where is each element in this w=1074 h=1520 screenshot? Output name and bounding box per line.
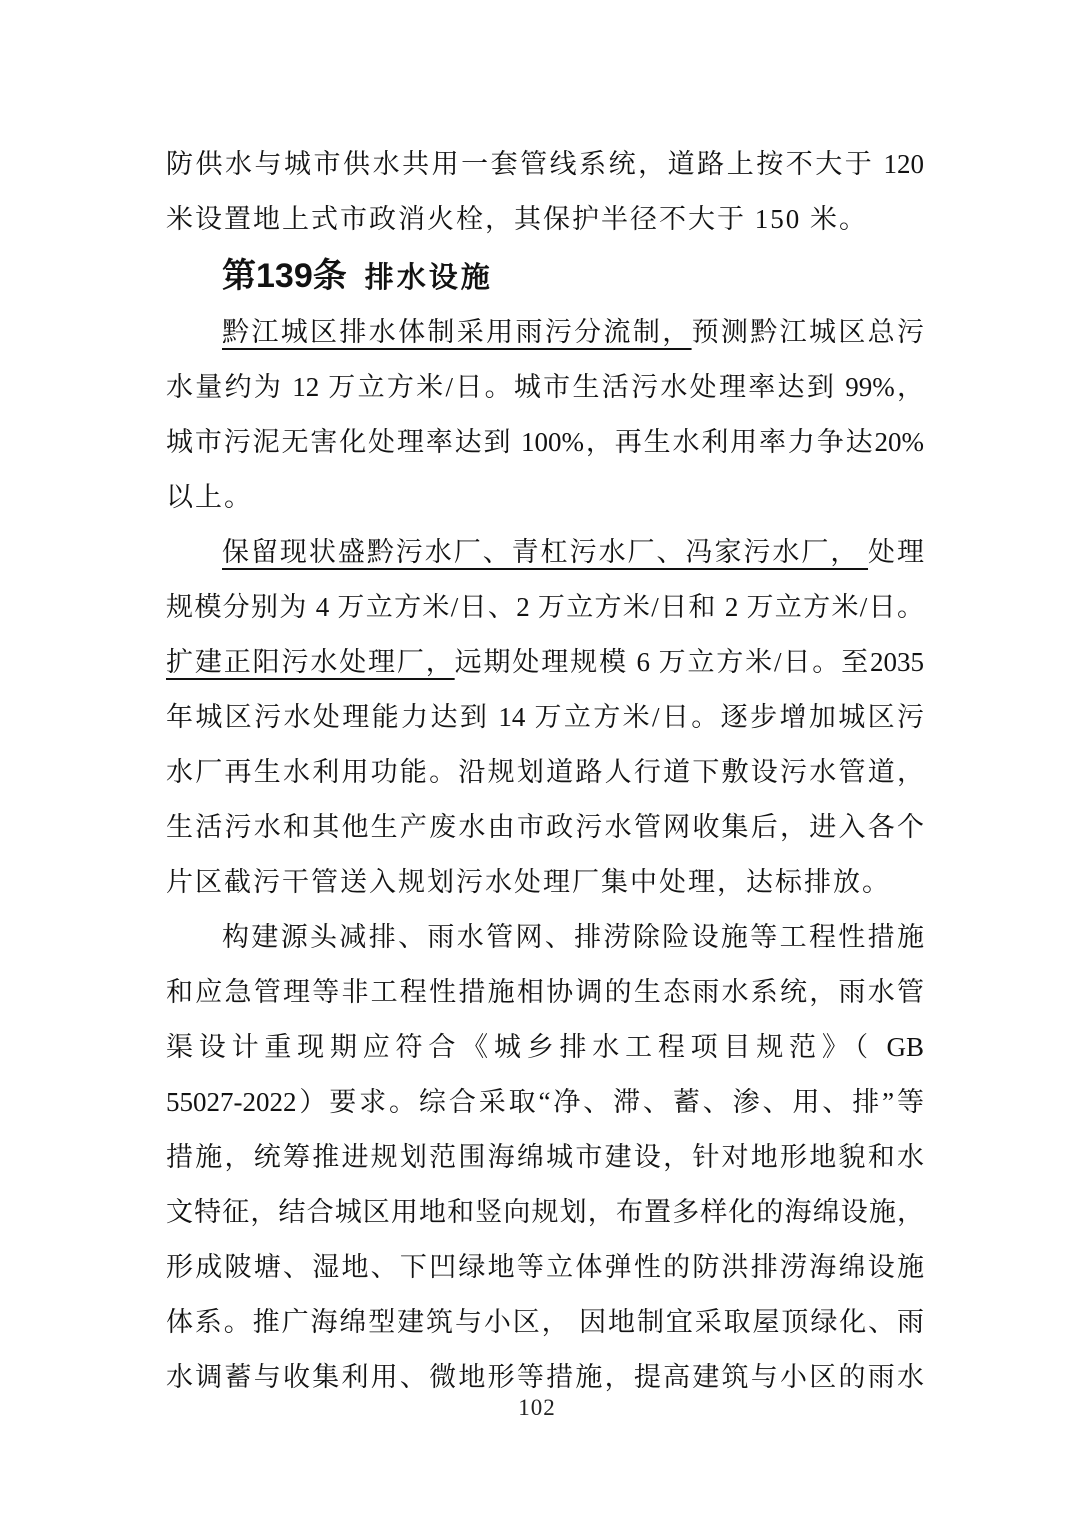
text-line: 以上。 — [166, 470, 924, 525]
text-run: 城市污泥无害化处理率达到 100%，再生水利用率力争达20% — [166, 427, 924, 457]
underlined-text: 黔江城区排水体制采用雨污分流制， — [222, 317, 692, 347]
article-heading: 第139条排水设施 — [166, 247, 924, 305]
text-run: 体系。推广海绵型建筑与小区， 因地制宜采取屋顶绿化、雨 — [166, 1307, 924, 1337]
text-run: 规模分别为 4 万立方米/日、2 万立方米/日和 2 万立方米/日。 — [166, 592, 924, 622]
document-page: 防供水与城市供水共用一套管线系统，道路上按不大于 120米设置地上式市政消火栓，… — [0, 0, 1074, 1520]
text-line: 防供水与城市供水共用一套管线系统，道路上按不大于 120 — [166, 137, 924, 192]
text-line: 黔江城区排水体制采用雨污分流制，预测黔江城区总污 — [166, 305, 924, 360]
text-line: 生活污水和其他生产废水由市政污水管网收集后，进入各个 — [166, 800, 924, 855]
text-run: 片区截污干管送入规划污水处理厂集中处理，达标排放。 — [166, 867, 891, 897]
text-run: 生活污水和其他生产废水由市政污水管网收集后，进入各个 — [166, 812, 924, 842]
text-run: 预测黔江城区总污 — [692, 317, 924, 347]
text-run: 形成陂塘、湿地、下凹绿地等立体弹性的防洪排涝海绵设施 — [166, 1252, 924, 1282]
text-line: 措施，统筹推进规划范围海绵城市建设，针对地形地貌和水 — [166, 1130, 924, 1185]
text-line: 米设置地上式市政消火栓，其保护半径不大于 150 米。 — [166, 192, 924, 247]
article-number: 第139条 — [222, 257, 347, 295]
article-title: 排水设施 — [365, 262, 493, 294]
page-number: 102 — [0, 1395, 1074, 1421]
text-run: 渠设计重现期应符合《城乡排水工程项目规范》（ GB — [166, 1032, 924, 1062]
text-run: 处理 — [868, 537, 924, 567]
text-line: 55027-2022）要求。综合采取“净、滞、蓄、渗、用、排”等 — [166, 1075, 924, 1130]
text-run: 55027-2022）要求。综合采取“净、滞、蓄、渗、用、排”等 — [166, 1087, 924, 1117]
text-run: 防供水与城市供水共用一套管线系统，道路上按不大于 120 — [166, 149, 924, 179]
text-line: 城市污泥无害化处理率达到 100%，再生水利用率力争达20% — [166, 415, 924, 470]
text-run: 文特征，结合城区用地和竖向规划，布置多样化的海绵设施， — [166, 1197, 924, 1227]
text-line: 规模分别为 4 万立方米/日、2 万立方米/日和 2 万立方米/日。 — [166, 580, 924, 635]
text-line: 水厂再生水利用功能。沿规划道路人行道下敷设污水管道， — [166, 745, 924, 800]
text-run: 构建源头减排、雨水管网、排涝除险设施等工程性措施 — [222, 922, 924, 952]
text-line: 渠设计重现期应符合《城乡排水工程项目规范》（ GB — [166, 1020, 924, 1075]
text-run: 远期处理规模 6 万立方米/日。至2035 — [455, 647, 924, 677]
text-line: 体系。推广海绵型建筑与小区， 因地制宜采取屋顶绿化、雨 — [166, 1295, 924, 1350]
text-line: 形成陂塘、湿地、下凹绿地等立体弹性的防洪排涝海绵设施 — [166, 1240, 924, 1295]
text-line: 扩建正阳污水处理厂，远期处理规模 6 万立方米/日。至2035 — [166, 635, 924, 690]
text-run: 米设置地上式市政消火栓，其保护半径不大于 150 米。 — [166, 204, 868, 234]
text-line: 构建源头减排、雨水管网、排涝除险设施等工程性措施 — [166, 910, 924, 965]
document-body: 防供水与城市供水共用一套管线系统，道路上按不大于 120米设置地上式市政消火栓，… — [166, 137, 924, 1405]
text-run: 水调蓄与收集利用、微地形等措施，提高建筑与小区的雨水 — [166, 1362, 924, 1392]
underlined-text: 保留现状盛黔污水厂、青杠污水厂、冯家污水厂， — [222, 537, 868, 567]
text-line: 和应急管理等非工程性措施相协调的生态雨水系统，雨水管 — [166, 965, 924, 1020]
text-line: 片区截污干管送入规划污水处理厂集中处理，达标排放。 — [166, 855, 924, 910]
text-run: 措施，统筹推进规划范围海绵城市建设，针对地形地貌和水 — [166, 1142, 924, 1172]
underlined-text: 扩建正阳污水处理厂， — [166, 647, 455, 677]
text-run: 水量约为 12 万立方米/日。城市生活污水处理率达到 99%， — [166, 372, 924, 402]
text-line: 保留现状盛黔污水厂、青杠污水厂、冯家污水厂， 处理 — [166, 525, 924, 580]
text-run: 以上。 — [166, 482, 253, 512]
text-line: 水量约为 12 万立方米/日。城市生活污水处理率达到 99%， — [166, 360, 924, 415]
text-line: 年城区污水处理能力达到 14 万立方米/日。逐步增加城区污 — [166, 690, 924, 745]
text-run: 水厂再生水利用功能。沿规划道路人行道下敷设污水管道， — [166, 757, 924, 787]
text-run: 年城区污水处理能力达到 14 万立方米/日。逐步增加城区污 — [166, 702, 924, 732]
text-run: 和应急管理等非工程性措施相协调的生态雨水系统，雨水管 — [166, 977, 924, 1007]
text-line: 文特征，结合城区用地和竖向规划，布置多样化的海绵设施， — [166, 1185, 924, 1240]
